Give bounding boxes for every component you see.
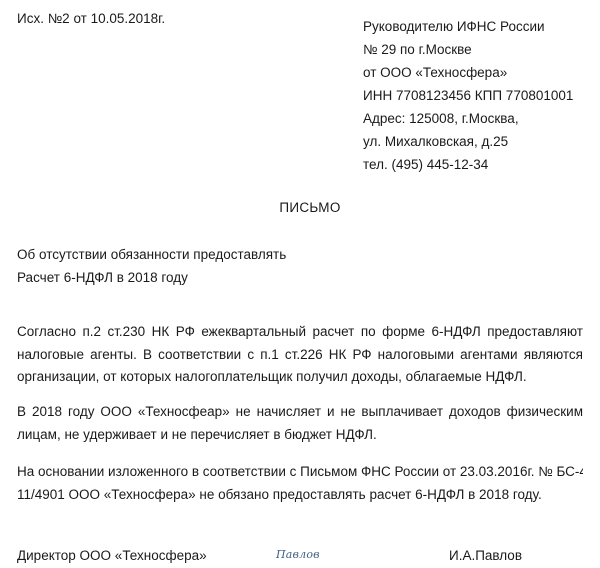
addressee-line-inspection: № 29 по г.Москве bbox=[363, 38, 573, 61]
subject-line-2: Расчет 6-НДФЛ в 2018 году bbox=[17, 266, 286, 289]
paragraph-line: Согласно п.2 ст.230 НК РФ ежеквартальный… bbox=[17, 321, 583, 344]
signatory-name: И.А.Павлов bbox=[449, 548, 522, 563]
body-paragraph-3: На основании изложенного в соответствии … bbox=[17, 461, 583, 506]
addressee-line-street: ул. Михалковская, д.25 bbox=[363, 130, 573, 153]
outgoing-reference: Исх. №2 от 10.05.2018г. bbox=[17, 11, 165, 26]
addressee-line-address: Адрес: 125008, г.Москва, bbox=[363, 107, 573, 130]
addressee-line-sender: от ООО «Техносфера» bbox=[363, 61, 573, 84]
paragraph-line: лицам, не удерживает и не перечисляет в … bbox=[17, 424, 583, 447]
handwritten-signature: Павлов bbox=[276, 548, 320, 561]
addressee-line-phone: тел. (495) 445-12-34 bbox=[363, 153, 573, 176]
paragraph-line: В 2018 году ООО «Техносфеар» не начисляе… bbox=[17, 401, 583, 424]
letter-subject: Об отсутствии обязанности предоставлять … bbox=[17, 243, 286, 289]
paragraph-line: 11/4901 ООО «Техносфера» не обязано пред… bbox=[17, 484, 583, 507]
body-paragraph-2: В 2018 году ООО «Техносфеар» не начисляе… bbox=[17, 401, 583, 446]
paragraph-line: налоговые агенты. В соответствии с п.1 с… bbox=[17, 344, 583, 367]
subject-line-1: Об отсутствии обязанности предоставлять bbox=[17, 243, 286, 266]
paragraph-line: организации, от которых налогоплательщик… bbox=[17, 366, 583, 389]
signatory-role: Директор ООО «Техносфера» bbox=[17, 548, 207, 563]
document-title: ПИСЬМО bbox=[0, 200, 600, 215]
body-paragraph-1: Согласно п.2 ст.230 НК РФ ежеквартальный… bbox=[17, 321, 583, 389]
addressee-block: Руководителю ИФНС России № 29 по г.Москв… bbox=[363, 15, 573, 176]
paragraph-line: На основании изложенного в соответствии … bbox=[17, 461, 583, 484]
addressee-line-inn-kpp: ИНН 7708123456 КПП 770801001 bbox=[363, 84, 573, 107]
addressee-line-recipient: Руководителю ИФНС России bbox=[363, 15, 573, 38]
